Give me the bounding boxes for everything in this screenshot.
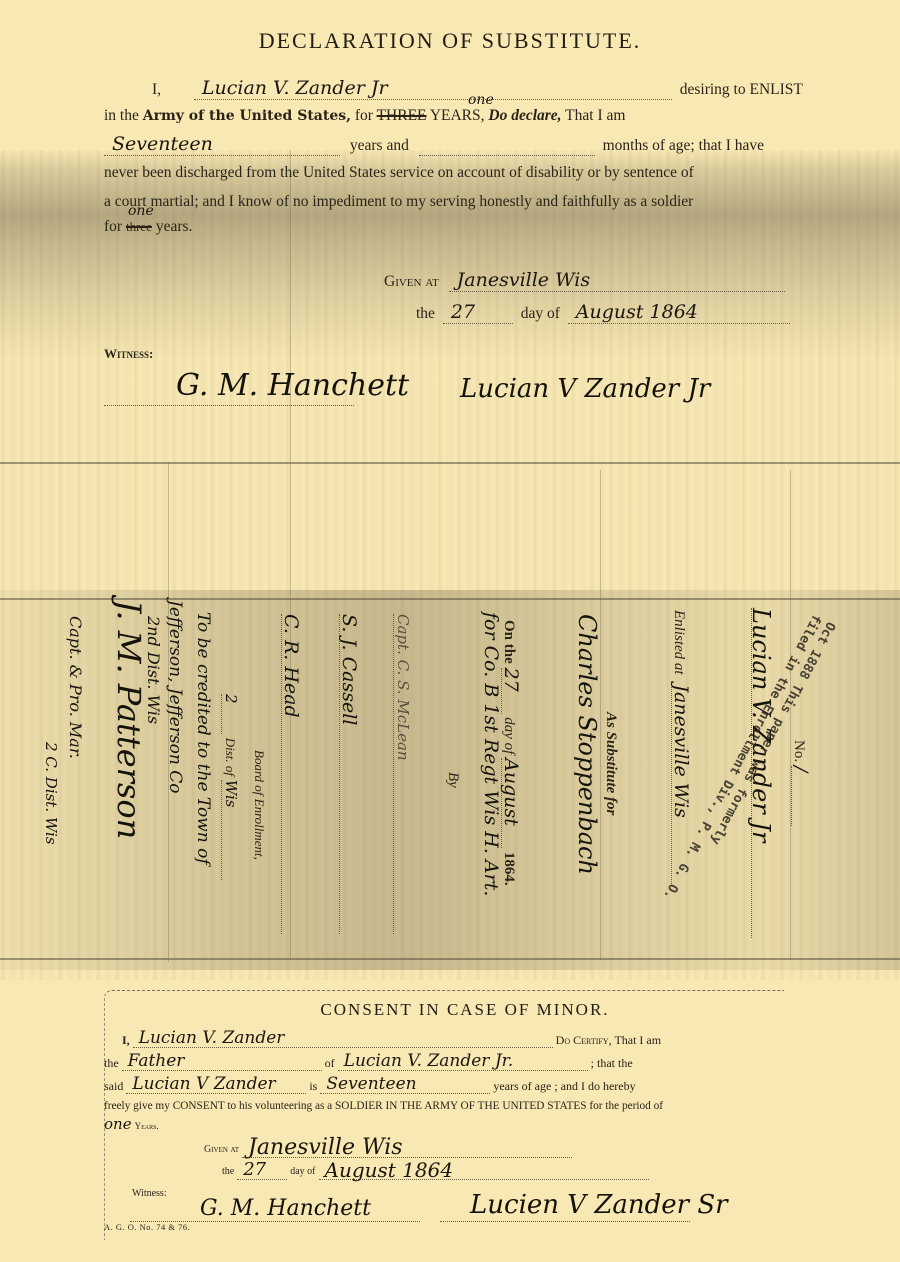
provost-signature[interactable]: J. M. Patterson — [110, 600, 148, 839]
static-text: for — [355, 107, 373, 124]
static-text: day of — [521, 305, 560, 322]
district-number-field[interactable]: 2 — [221, 694, 240, 734]
static-text: of — [325, 1056, 335, 1070]
record-month-field[interactable]: August — [501, 758, 520, 848]
day-field[interactable]: 27 — [443, 302, 513, 324]
consent-title: CONSENT IN CASE OF MINOR. — [0, 1000, 900, 1020]
age-years-field[interactable]: Seventeen — [104, 134, 340, 156]
consent-given-at-field[interactable]: Janesville Wis — [242, 1140, 572, 1158]
district-row: 2 Dist. of Wis — [221, 694, 240, 880]
given-at-label: Given at — [204, 1144, 239, 1155]
provost-signature-row: J. M. Patterson — [113, 600, 138, 839]
provost-district-row: 2 C. Dist. Wis — [41, 742, 60, 845]
relation-field[interactable]: Father — [122, 1053, 322, 1071]
static-text: the — [222, 1166, 234, 1177]
officer-3-row: C. R. Head — [280, 614, 300, 934]
witness-signature-line — [130, 1212, 420, 1222]
given-at-row: Given at Janesville Wis — [384, 270, 804, 292]
credit-note-text[interactable]: To be credited to the Town of — [193, 612, 213, 865]
static-text: months of age; that I have — [603, 137, 764, 154]
unit-field[interactable]: for Co. B 1st Regt Wis H. Art. — [480, 612, 502, 896]
enlisted-at-label: Enlisted at — [671, 610, 687, 675]
army-label: Army of the United States, — [143, 108, 351, 124]
inserted-term[interactable]: one — [468, 92, 494, 108]
static-text: That I am — [565, 107, 625, 124]
static-text: On the — [501, 620, 517, 664]
officer-1-row: Capt. C. S. McLean — [393, 614, 412, 934]
static-text: years. — [156, 218, 193, 235]
officer-2-field[interactable]: S. J. Cassell — [339, 614, 358, 934]
divider-line — [0, 958, 900, 960]
parent-name-field[interactable]: Lucian V. Zander — [133, 1030, 553, 1048]
consent-line-4: freely give my CONSENT to his volunteeri… — [104, 1098, 714, 1114]
provost-district: 2 C. Dist. Wis — [42, 742, 60, 845]
static-text: is — [309, 1079, 317, 1093]
credit-note-2: Jefferson, Jefferson Co — [165, 600, 184, 793]
static-text: day of — [290, 1166, 315, 1177]
static-text: Dist. of — [223, 738, 238, 776]
provost-title-row: Capt. & Pro. Mar. — [65, 616, 84, 759]
record-day-field[interactable]: 27 — [501, 668, 520, 714]
district-state-field[interactable]: Wis — [221, 780, 240, 880]
divider-line — [0, 462, 900, 464]
declaration-title: DECLARATION OF SUBSTITUTE. — [0, 28, 900, 54]
static-text: the — [104, 1056, 119, 1070]
record-number-row: No. / — [790, 740, 810, 826]
number-field[interactable]: / — [791, 766, 810, 826]
month-year-field[interactable]: August 1864 — [568, 302, 790, 324]
static-text: for — [104, 218, 122, 235]
as-substitute-label: As Substitute for — [602, 712, 620, 815]
substitute-for-row: Charles Stoppenbach — [574, 614, 596, 875]
number-label: No. — [791, 740, 807, 762]
declaration-line-5: a court martial; and I know of no impedi… — [104, 192, 804, 212]
struck-term: THREE — [377, 107, 427, 124]
declaration-line-6: for three years. — [104, 217, 804, 237]
static-text: YEARS, — [430, 107, 485, 124]
date-row: the 27 day of August 1864 — [416, 302, 804, 324]
record-year: 1864. — [501, 852, 517, 886]
enlist-label: desiring to ENLIST — [680, 81, 803, 98]
minor-age-field[interactable]: Seventeen — [320, 1076, 490, 1094]
static-text: the — [416, 305, 435, 322]
static-text: day of — [501, 717, 517, 754]
inserted-term[interactable]: one — [128, 203, 154, 219]
consent-line-3: said Lucian V Zander is Seventeen years … — [104, 1076, 714, 1094]
struck-term: three — [126, 219, 152, 234]
witness-signature[interactable]: G. M. Hanchett — [176, 368, 409, 403]
minor-name-field[interactable]: Lucian V. Zander Jr. — [338, 1053, 588, 1071]
by-text: By — [445, 772, 461, 788]
substitute-for-field[interactable]: Charles Stoppenbach — [573, 614, 601, 875]
declaration-line-3: Seventeen years and months of age; that … — [104, 134, 804, 156]
consent-date-row: the 27 day of August 1864 — [222, 1162, 692, 1180]
pronoun-label: I, — [104, 80, 152, 100]
consent-line-5: one Years. — [104, 1116, 714, 1134]
consent-day-field[interactable]: 27 — [237, 1162, 287, 1180]
parent-signature[interactable]: Lucien V Zander Sr — [470, 1190, 728, 1220]
recruit-name-field[interactable]: Lucian V. Zander Jr — [194, 78, 672, 100]
declaration-line-4: never been discharged from the United St… — [104, 163, 804, 183]
by-label: By — [444, 772, 462, 788]
credit-note-text[interactable]: Jefferson, Jefferson Co — [165, 600, 185, 793]
unit-row: for Co. B 1st Regt Wis H. Art. — [480, 612, 500, 896]
static-text: Years. — [135, 1121, 159, 1131]
consent-line-1: I, Lucian V. Zander Do Certify, That I a… — [104, 1030, 714, 1048]
minor-name-field[interactable]: Lucian V Zander — [126, 1076, 306, 1094]
board-text: Board of Enrollment, — [252, 750, 267, 860]
declaration-line-2: in the Army of the United States, for TH… — [104, 106, 804, 126]
do-declare-label: Do declare, — [488, 107, 561, 124]
static-text: years and — [350, 137, 409, 154]
static-text: ; that the — [591, 1056, 633, 1070]
record-date-row: On the 27 day of August 1864. — [500, 620, 520, 886]
declaration-line-1: I, Lucian V. Zander Jr desiring to ENLIS… — [104, 78, 804, 100]
static-text: in the — [104, 107, 139, 124]
given-at-field[interactable]: Janesville Wis — [449, 270, 785, 292]
static-text: That I am — [614, 1033, 661, 1047]
form-reference: A. G. O. No. 74 & 76. — [104, 1222, 190, 1232]
document-page: DECLARATION OF SUBSTITUTE. I, Lucian V. … — [0, 0, 900, 1262]
credit-note-1: To be credited to the Town of — [193, 612, 212, 865]
officer-3-field[interactable]: C. R. Head — [281, 614, 300, 934]
officer-1-field[interactable]: Capt. C. S. McLean — [393, 614, 412, 934]
term-field[interactable]: one — [104, 1116, 132, 1134]
static-text: years of age ; and I do hereby — [493, 1079, 635, 1093]
age-months-field[interactable] — [419, 134, 595, 156]
consent-given-at-row: Given at Janesville Wis — [204, 1140, 684, 1158]
recruit-signature[interactable]: Lucian V Zander Jr — [460, 374, 710, 404]
consent-line-2: the Father of Lucian V. Zander Jr. ; tha… — [104, 1053, 714, 1071]
board-of-enrollment-label: Board of Enrollment, — [250, 750, 268, 860]
officer-2-row: S. J. Cassell — [338, 614, 358, 934]
provost-title: Capt. & Pro. Mar. — [66, 616, 85, 759]
static-text: said — [104, 1079, 123, 1093]
witness-label: Witness: — [104, 344, 804, 364]
as-substitute-text: As Substitute for — [603, 712, 619, 815]
consent-month-year-field[interactable]: August 1864 — [319, 1162, 649, 1180]
do-certify-label: Do Certify, — [556, 1033, 612, 1047]
static-text: I, — [104, 1033, 130, 1047]
given-at-label: Given at — [384, 273, 439, 290]
